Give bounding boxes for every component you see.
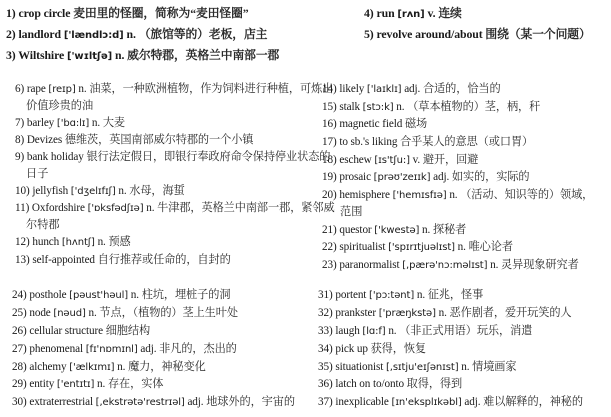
vocab-entry: 17) to sb.'s liking 合乎某人的意思（或口胃）: [322, 135, 533, 149]
entry-definition: （活动、知识等的）领域，: [460, 189, 593, 201]
vocab-entry: 35) situationist [,sɪtju'eɪʃənɪst] n. 情境…: [318, 360, 516, 375]
entry-number: 30): [12, 396, 27, 408]
entry-definition: 细胞结构: [106, 325, 150, 337]
entry-definition: 取得，得到: [407, 378, 462, 390]
vocab-entry: 11) Oxfordshire ['ɒksfədʃɪə] n. 牛津郡，英格兰中…: [15, 201, 335, 216]
vocab-entry: 31) portent ['pɔ:tənt] n. 征兆，怪事: [318, 288, 483, 303]
entry-part-of-speech: n.: [118, 185, 126, 197]
entry-definition: 节点，（植物的）茎上生叶处: [99, 307, 238, 319]
entry-number: 35): [318, 361, 333, 373]
entry-definition: 地球外的，宇宙的: [206, 396, 295, 408]
entry-phonetic: ['præŋkstə]: [379, 308, 436, 319]
vocab-entry: 34) pick up 获得，恢复: [318, 342, 426, 356]
entry-definition-continued: 日子: [26, 167, 48, 181]
entry-definition: 存在，实体: [108, 378, 163, 390]
vocab-entry: 33) laugh [lɑ:f] n. （非正式用语）玩乐，消遣: [318, 324, 532, 339]
entry-definition: 围绕（某一个问题）: [485, 27, 590, 41]
entry-number: 33): [318, 325, 333, 337]
entry-word: situationist: [335, 361, 383, 373]
entry-word: landlord: [19, 27, 61, 41]
entry-definition: 油菜，一种欧洲植物，作为饲料进行种植，可炼出: [89, 83, 333, 95]
entry-word: inexplicable: [335, 396, 388, 408]
entry-definition: （旅馆等的）老板，店主: [139, 27, 268, 41]
entry-number: 1): [6, 6, 16, 20]
entry-word: run: [377, 6, 395, 20]
entry-definition: 恶作剧者，爱开玩笑的人: [450, 307, 572, 319]
vocab-entry: 14) likely ['laɪklɪ] adj. 合适的，恰当的: [322, 82, 501, 97]
entry-part-of-speech: n.: [449, 189, 457, 201]
entry-definition: 合乎某人的意思（或口胃）: [400, 136, 533, 148]
entry-part-of-speech: adj.: [140, 343, 156, 355]
entry-word: hemisphere: [339, 189, 390, 201]
entry-definition: 牛津郡，英格兰中南部一郡，紧邻威: [157, 202, 334, 214]
entry-phonetic: [prəʊ'zeɪɪk]: [374, 172, 431, 183]
entry-part-of-speech: n.: [88, 307, 96, 319]
entry-number: 7): [15, 117, 24, 129]
entry-word: entity: [29, 378, 54, 390]
entry-word: latch on to/onto: [335, 378, 404, 390]
entry-word: magnetic field: [339, 118, 402, 130]
entry-number: 37): [318, 396, 333, 408]
vocab-entry: 28) alchemy ['ælkɪmɪ] n. 魔力，神秘变化: [12, 360, 206, 375]
entry-phonetic: [ɪs'tʃu:]: [374, 155, 410, 166]
entry-word: revolve around/about: [377, 27, 483, 41]
entry-phonetic: ['dʒelɪfɪʃ]: [71, 186, 116, 197]
entry-part-of-speech: n.: [115, 48, 124, 62]
vocab-entry: 19) prosaic [prəʊ'zeɪɪk] adj. 如实的，实际的: [322, 170, 530, 185]
entry-number: 5): [364, 27, 374, 41]
vocab-entry: 13) self-appointed 自行推荐或任命的，自封的: [15, 253, 231, 267]
entry-part-of-speech: adj.: [187, 396, 203, 408]
entry-definition: 柱坑，埋桩子的洞: [142, 289, 231, 301]
vocab-entry: 23) paranormalist [,pærə'nɔ:məlɪst] n. 灵…: [322, 258, 579, 273]
entry-part-of-speech: n.: [131, 289, 139, 301]
entry-part-of-speech: n.: [97, 378, 105, 390]
entry-word: pick up: [335, 343, 368, 355]
entry-number: 12): [15, 236, 30, 248]
entry-definition: 银行法定假日，即银行奉政府命令保持停业状态的: [86, 151, 330, 163]
entry-definition: （非正式用语）玩乐，消遣: [399, 325, 532, 337]
entry-number: 15): [322, 101, 337, 113]
entry-definition-continued: 范围: [340, 205, 362, 219]
entry-word: posthole: [29, 289, 66, 301]
vocab-entry: 21) questor ['kwestə] n. 探秘者: [322, 223, 466, 238]
entry-number: 22): [322, 241, 337, 253]
entry-word: cellular structure: [29, 325, 103, 337]
vocab-entry: 16) magnetic field 磁场: [322, 117, 427, 131]
entry-number: 36): [318, 378, 333, 390]
vocab-entry: 1) crop circle 麦田里的怪圈，简称为“麦田怪圈”: [6, 6, 249, 20]
entry-word: laugh: [335, 325, 359, 337]
entry-part-of-speech: n.: [417, 289, 425, 301]
entry-phonetic: [hʌntʃ]: [62, 237, 95, 248]
entry-number: 8): [15, 134, 24, 146]
entry-phonetic: ['pɔ:tənt]: [369, 290, 414, 301]
vocab-entry: 15) stalk [stɔ:k] n. （草本植物的）茎，柄，秆: [322, 100, 540, 115]
entry-phonetic: ['ɒksfədʃɪə]: [88, 203, 144, 214]
entry-phonetic: ['laɪklɪ]: [367, 84, 402, 95]
entry-definition: 水母，海蜇: [129, 185, 184, 197]
vocab-entry: 36) latch on to/onto 取得，得到: [318, 377, 462, 391]
entry-word: paranormalist: [339, 259, 399, 271]
entry-definition: 探秘者: [433, 224, 466, 236]
entry-definition-continued: 价值珍贵的油: [26, 99, 93, 113]
entry-number: 23): [322, 259, 337, 271]
entry-definition: 非凡的，杰出的: [159, 343, 237, 355]
entry-phonetic: ['spɪrɪtjuəlɪst]: [388, 242, 455, 253]
entry-word: prosaic: [339, 171, 371, 183]
entry-word: to sb.'s liking: [339, 136, 397, 148]
entry-definition: 磁场: [405, 118, 427, 130]
entry-phonetic: [,ekstrətə'restrɪəl]: [96, 397, 185, 408]
entry-part-of-speech: n.: [490, 259, 498, 271]
vocabulary-page: 1) crop circle 麦田里的怪圈，简称为“麦田怪圈”2) landlo…: [0, 0, 611, 417]
entry-part-of-speech: v.: [413, 154, 420, 166]
entry-definition: 情境画家: [472, 361, 516, 373]
entry-word: crop circle: [19, 6, 71, 20]
entry-definition: 麦田里的怪圈，简称为“麦田怪圈”: [73, 6, 248, 20]
entry-definition: 征兆，怪事: [428, 289, 483, 301]
entry-word: stalk: [339, 101, 360, 113]
vocab-entry: 37) inexplicable [ɪn'eksplɪkəbl] adj. 难以…: [318, 395, 583, 410]
vocab-entry: 18) eschew [ɪs'tʃu:] v. 避开，回避: [322, 153, 478, 168]
entry-number: 28): [12, 361, 27, 373]
entry-phonetic: ['kwestə]: [374, 225, 419, 236]
entry-word: portent: [335, 289, 366, 301]
vocab-entry: 2) landlord ['lændlɔ:d] n. （旅馆等的）老板，店主: [6, 27, 267, 43]
entry-definition: 如实的，实际的: [452, 171, 530, 183]
entry-number: 20): [322, 189, 337, 201]
entry-word: hunch: [32, 236, 59, 248]
entry-number: 6): [15, 83, 24, 95]
vocab-entry: 10) jellyfish ['dʒelɪfɪʃ] n. 水母，海蜇: [15, 184, 185, 199]
entry-word: rape: [27, 83, 46, 95]
entry-phonetic: [fɪ'nɒmɪnl]: [86, 344, 138, 355]
entry-part-of-speech: n.: [439, 307, 447, 319]
entry-number: 16): [322, 118, 337, 130]
entry-phonetic: ['ælkɪmɪ]: [69, 362, 114, 373]
vocab-entry: 29) entity ['entɪtɪ] n. 存在，实体: [12, 377, 163, 392]
vocab-entry: 6) rape [reɪp] n. 油菜，一种欧洲植物，作为饲料进行种植，可炼出: [15, 82, 333, 97]
entry-phonetic: [reɪp]: [48, 84, 75, 95]
entry-word: Wiltshire: [18, 48, 64, 62]
entry-number: 3): [6, 48, 16, 62]
entry-number: 24): [12, 289, 27, 301]
entry-phonetic: [,pærə'nɔ:məlɪst]: [402, 260, 487, 271]
vocab-entry: 26) cellular structure 细胞结构: [12, 324, 150, 338]
vocab-entry: 8) Devizes 德维茨，英国南部威尔特郡的一个小镇: [15, 133, 253, 147]
entry-part-of-speech: n.: [396, 101, 404, 113]
entry-number: 2): [6, 27, 16, 41]
entry-part-of-speech: n.: [117, 361, 125, 373]
entry-word: node: [29, 307, 50, 319]
entry-number: 9): [15, 151, 24, 163]
entry-definition: 避开，回避: [423, 154, 478, 166]
entry-word: Oxfordshire: [32, 202, 85, 214]
entry-word: extraterrestrial: [29, 396, 93, 408]
vocab-entry: 30) extraterrestrial [,ekstrətə'restrɪəl…: [12, 395, 295, 410]
entry-word: questor: [339, 224, 371, 236]
entry-part-of-speech: n.: [461, 361, 469, 373]
vocab-entry: 22) spiritualist ['spɪrɪtjuəlɪst] n. 唯心论…: [322, 240, 513, 255]
vocab-entry: 24) posthole [pəust'həul] n. 柱坑，埋桩子的洞: [12, 288, 230, 303]
entry-phonetic: [lɑ:f]: [362, 326, 385, 337]
entry-number: 17): [322, 136, 337, 148]
entry-phonetic: ['bɑ:lɪ]: [57, 118, 89, 129]
entry-number: 14): [322, 83, 337, 95]
entry-definition: 获得，恢复: [371, 343, 426, 355]
entry-phonetic: [pəust'həul]: [69, 290, 128, 301]
vocab-entry: 20) hemisphere ['hemɪsfɪə] n. （活动、知识等的）领…: [322, 188, 593, 203]
entry-part-of-speech: n.: [92, 117, 100, 129]
entry-number: 25): [12, 307, 27, 319]
vocab-entry: 25) node [nəud] n. 节点，（植物的）茎上生叶处: [12, 306, 238, 321]
entry-part-of-speech: n.: [127, 27, 136, 41]
entry-number: 19): [322, 171, 337, 183]
entry-phonetic: ['entɪtɪ]: [57, 379, 94, 390]
entry-number: 27): [12, 343, 27, 355]
entry-phonetic: [stɔ:k]: [363, 102, 394, 113]
entry-phonetic: [ɪn'eksplɪkəbl]: [392, 397, 462, 408]
entry-definition: 唯心论者: [469, 241, 513, 253]
entry-definition: 自行推荐或任命的，自封的: [98, 254, 231, 266]
entry-number: 4): [364, 6, 374, 20]
entry-word: self-appointed: [32, 254, 95, 266]
entry-number: 29): [12, 378, 27, 390]
entry-number: 21): [322, 224, 337, 236]
entry-definition: 魔力，神秘变化: [128, 361, 206, 373]
vocab-entry: 9) bank holiday 银行法定假日，即银行奉政府命令保持停业状态的: [15, 150, 330, 164]
entry-phonetic: ['wɪltʃə]: [67, 51, 112, 62]
entry-word: prankster: [335, 307, 376, 319]
vocab-entry: 3) Wiltshire ['wɪltʃə] n. 威尔特郡，英格兰中南部一郡: [6, 48, 279, 64]
entry-number: 18): [322, 154, 337, 166]
entry-number: 31): [318, 289, 333, 301]
entry-part-of-speech: v.: [428, 6, 436, 20]
entry-definition: 威尔特郡，英格兰中南部一郡: [127, 48, 279, 62]
entry-part-of-speech: adj.: [404, 83, 420, 95]
entry-word: spiritualist: [339, 241, 385, 253]
entry-number: 11): [15, 202, 29, 214]
vocab-entry: 5) revolve around/about 围绕（某一个问题）: [364, 27, 591, 41]
entry-definition: 德维茨，英国南部威尔特郡的一个小镇: [65, 134, 254, 146]
vocab-entry: 7) barley ['bɑ:lɪ] n. 大麦: [15, 116, 125, 131]
entry-word: bank holiday: [27, 151, 84, 163]
entry-definition: 连续: [438, 6, 461, 20]
entry-phonetic: [,sɪtju'eɪʃənɪst]: [386, 362, 459, 373]
entry-number: 13): [15, 254, 30, 266]
vocab-entry: 12) hunch [hʌntʃ] n. 预感: [15, 235, 131, 250]
entry-definition: 难以解释的，神秘的: [483, 396, 583, 408]
vocab-entry: 32) prankster ['præŋkstə] n. 恶作剧者，爱开玩笑的人: [318, 306, 572, 321]
entry-definition: 预感: [108, 236, 130, 248]
entry-part-of-speech: adj.: [464, 396, 480, 408]
entry-number: 26): [12, 325, 27, 337]
vocab-entry: 27) phenomenal [fɪ'nɒmɪnl] adj. 非凡的，杰出的: [12, 342, 237, 357]
entry-phonetic: [rʌn]: [397, 9, 424, 20]
entry-definition: 灵异现象研究者: [501, 259, 579, 271]
entry-phonetic: ['lændlɔ:d]: [64, 30, 124, 41]
entry-part-of-speech: n.: [146, 202, 154, 214]
entry-part-of-speech: n.: [78, 83, 86, 95]
entry-word: Devizes: [27, 134, 62, 146]
entry-definition: 合适的，恰当的: [423, 83, 501, 95]
entry-word: barley: [27, 117, 54, 129]
entry-word: likely: [339, 83, 364, 95]
entry-word: phenomenal: [29, 343, 83, 355]
entry-number: 32): [318, 307, 333, 319]
entry-word: alchemy: [29, 361, 66, 373]
entry-word: jellyfish: [32, 185, 68, 197]
entry-number: 10): [15, 185, 30, 197]
entry-definition: （草本植物的）茎，柄，秆: [407, 101, 540, 113]
entry-phonetic: [nəud]: [53, 308, 85, 319]
entry-word: eschew: [339, 154, 371, 166]
entry-part-of-speech: n.: [422, 224, 430, 236]
entry-phonetic: ['hemɪsfɪə]: [393, 190, 447, 201]
vocab-entry: 4) run [rʌn] v. 连续: [364, 6, 462, 22]
entry-part-of-speech: n.: [98, 236, 106, 248]
entry-part-of-speech: n.: [388, 325, 396, 337]
entry-number: 34): [318, 343, 333, 355]
entry-part-of-speech: n.: [458, 241, 466, 253]
entry-definition-continued: 尔特郡: [26, 218, 60, 232]
entry-definition: 大麦: [103, 117, 125, 129]
entry-part-of-speech: adj.: [433, 171, 449, 183]
